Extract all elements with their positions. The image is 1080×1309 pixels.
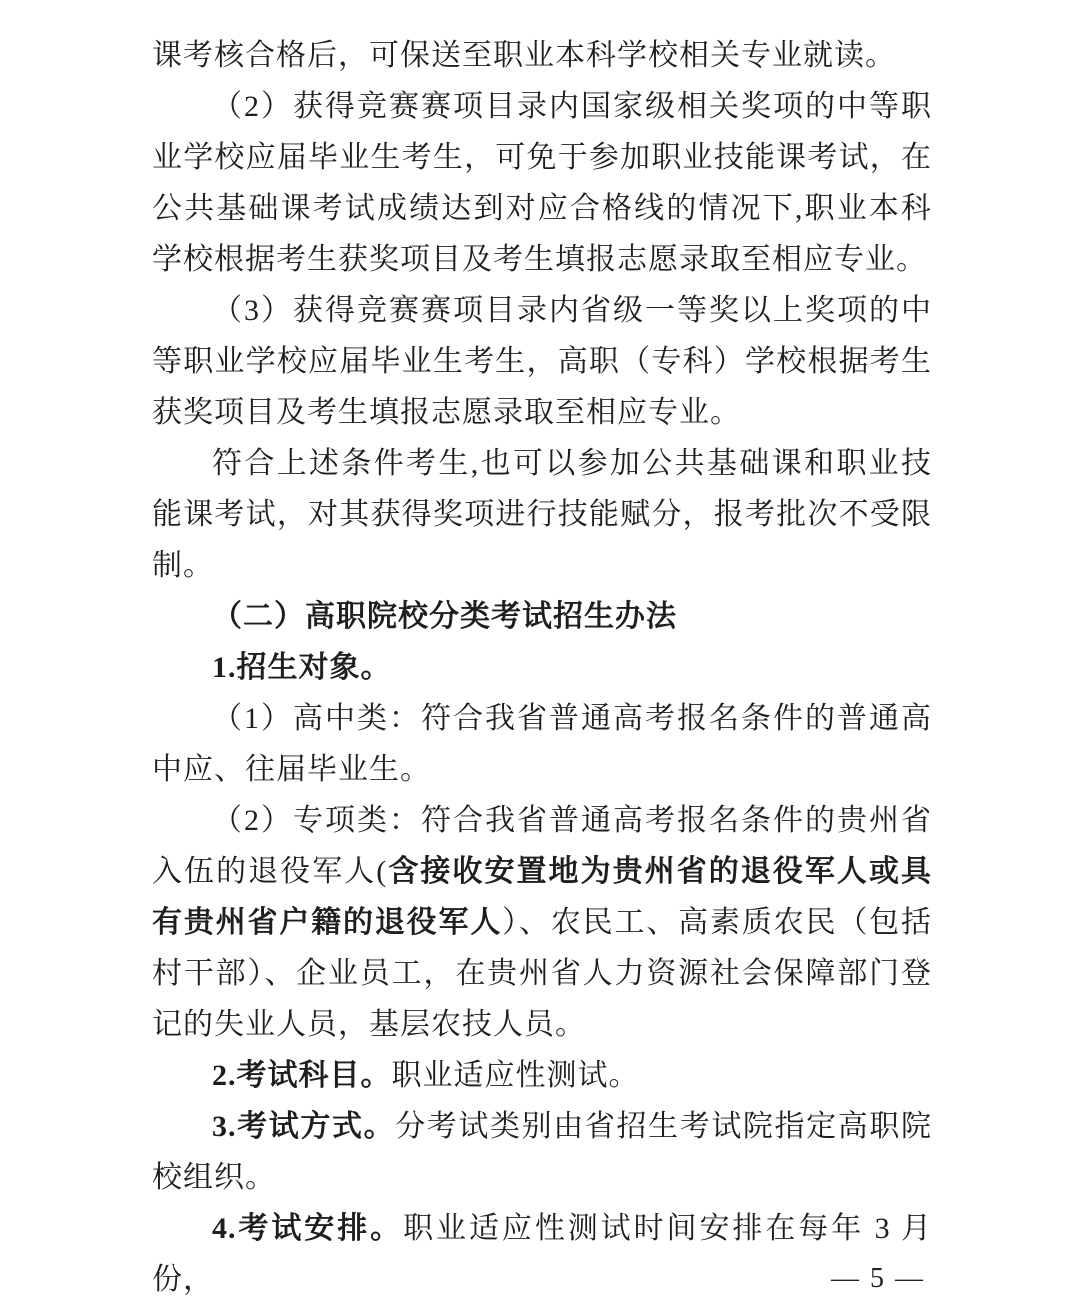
page-number: — 5 — (831, 1263, 925, 1295)
text-run: 符合上述条件考生,也可以参加公共基础课和职业技能课考试，对其获得奖项进行技能赋分… (152, 447, 932, 582)
document-body-text: 课考核合格后，可保送至职业本科学校相关专业就读。（2）获得竞赛赛项目录内国家级相… (152, 30, 932, 1305)
paragraph: （二）高职院校分类考试招生办法 (152, 591, 932, 642)
text-run: 职业适应性测试。 (392, 1059, 640, 1092)
text-run: （二）高职院校分类考试招生办法 (212, 600, 677, 633)
paragraph: 1.招生对象。 (152, 642, 932, 693)
text-run: （3）获得竞赛赛项目录内省级一等奖以上奖项的中等职业学校应届毕业生考生，高职（专… (152, 294, 932, 429)
paragraph: （2）专项类：符合我省普通高考报名条件的贵州省入伍的退役军人(含接收安置地为贵州… (152, 795, 932, 1050)
text-run: 课考核合格后，可保送至职业本科学校相关专业就读。 (152, 39, 896, 72)
paragraph: （3）获得竞赛赛项目录内省级一等奖以上奖项的中等职业学校应届毕业生考生，高职（专… (152, 285, 932, 438)
text-run: 2.考试科目。 (212, 1059, 392, 1092)
paragraph: 3.考试方式。分考试类别由省招生考试院指定高职院校组织。 (152, 1101, 932, 1203)
text-run: 1.招生对象。 (212, 651, 392, 684)
paragraph: 课考核合格后，可保送至职业本科学校相关专业就读。 (152, 30, 932, 81)
paragraph: （1）高中类：符合我省普通高考报名条件的普通高中应、往届毕业生。 (152, 693, 932, 795)
text-run: 3.考试方式。 (212, 1110, 395, 1143)
paragraph: 2.考试科目。职业适应性测试。 (152, 1050, 932, 1101)
text-run: 4.考试安排。 (212, 1212, 403, 1245)
paragraph: （2）获得竞赛赛项目录内国家级相关奖项的中等职业学校应届毕业生考生，可免于参加职… (152, 81, 932, 285)
text-run: （1）高中类：符合我省普通高考报名条件的普通高中应、往届毕业生。 (152, 702, 932, 786)
paragraph: 4.考试安排。职业适应性测试时间安排在每年 3 月份， (152, 1203, 932, 1305)
paragraph: 符合上述条件考生,也可以参加公共基础课和职业技能课考试，对其获得奖项进行技能赋分… (152, 438, 932, 591)
text-run: （2）获得竞赛赛项目录内国家级相关奖项的中等职业学校应届毕业生考生，可免于参加职… (152, 90, 932, 276)
document-page: 课考核合格后，可保送至职业本科学校相关专业就读。（2）获得竞赛赛项目录内国家级相… (0, 0, 1080, 1309)
